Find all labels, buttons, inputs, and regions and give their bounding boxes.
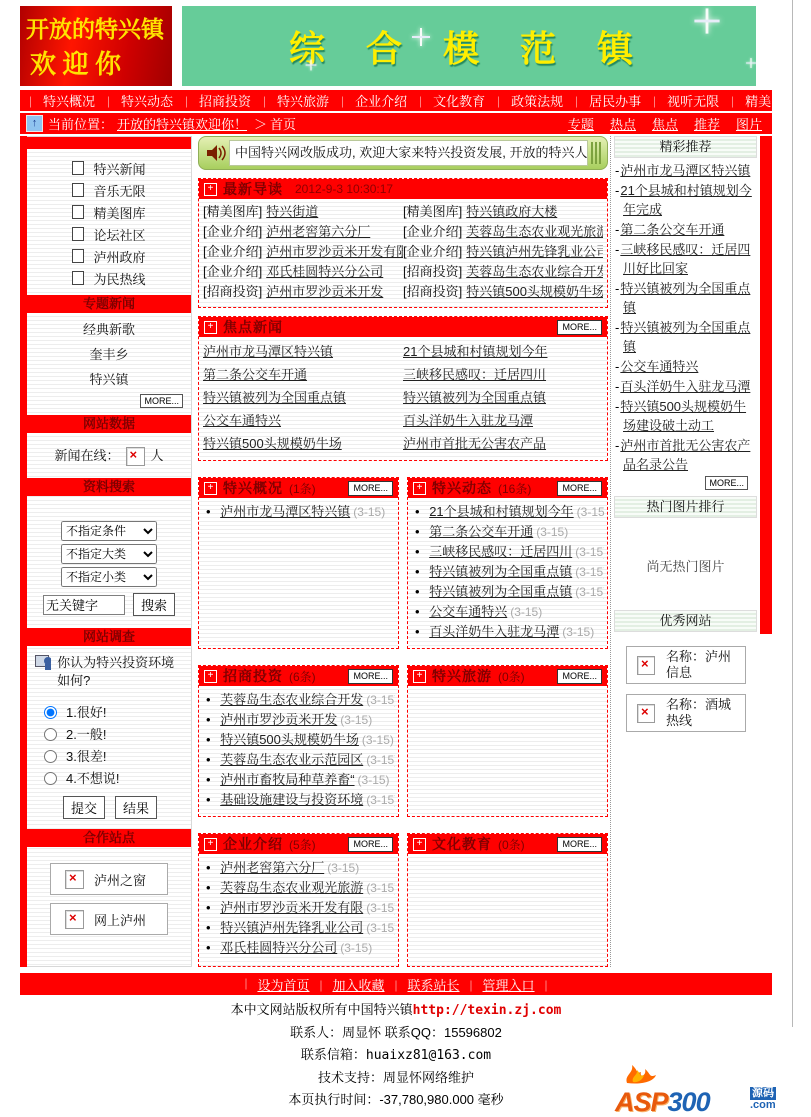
excellent-site-label: 名称：泸州信息	[666, 649, 741, 681]
quick-link[interactable]: 专题	[568, 114, 594, 133]
footer-link[interactable]: 联系站长	[408, 978, 460, 993]
menu-label: 泸州政府	[93, 247, 145, 266]
news-link[interactable]: 芙蓉岛生态农业综合开发	[466, 264, 603, 279]
section-header: 企业介绍 (5条) MORE...	[199, 834, 398, 854]
news-link[interactable]: 特兴镇被列为全国重点镇	[203, 390, 346, 405]
quick-link[interactable]: 推荐	[694, 114, 720, 133]
news-link[interactable]: 特兴镇被列为全国重点镇	[403, 390, 546, 405]
section-title: 文化教育	[432, 834, 492, 854]
hot-pics-header: 热门图片排行	[614, 496, 757, 518]
recommend-link[interactable]: 三峡移民感叹：迁居四川好比回家	[620, 242, 750, 276]
menu-label: 论坛社区	[93, 225, 145, 244]
poll-option-label: 2.一般!	[66, 724, 106, 743]
news-date: (3-15)	[362, 733, 394, 747]
breadcrumb-site-link[interactable]: 开放的特兴镇欢迎你！	[117, 114, 247, 133]
section-count: (5条)	[289, 836, 316, 853]
section-header: 最新导读 2012-9-3 10:30:17	[199, 179, 607, 199]
news-row: 公交车通特兴	[203, 409, 403, 432]
news-row: [精美图库]特兴镇政府大楼	[403, 202, 603, 222]
excellent-site-label: 名称：酒城热线	[666, 697, 741, 729]
partner-site-label: 网上泸州	[94, 910, 146, 929]
search-input[interactable]	[43, 595, 125, 615]
expand-icon[interactable]	[204, 670, 217, 683]
more-button[interactable]: MORE...	[140, 394, 183, 408]
focus-left-column: 泸州市龙马潭区特兴镇 第二条公交车开通 特兴镇被列为全国重点镇 公交车通特兴 特…	[203, 340, 403, 455]
breadcrumb: 当前位置： 开放的特兴镇欢迎你！ ＞ 首页 专题 热点 焦点 推荐 图片	[20, 113, 772, 134]
section-title: 招商投资	[223, 666, 283, 686]
poll-icon	[35, 654, 51, 671]
news-item: 泸州市畜牧局种草养畜“(3-15)	[202, 770, 395, 790]
sites-header: 优秀网站	[614, 610, 757, 632]
sidebar-menu-item[interactable]: 为民热线	[27, 267, 191, 289]
expand-icon[interactable]	[204, 183, 217, 196]
expand-icon[interactable]	[413, 670, 426, 683]
broken-image-icon	[65, 870, 84, 889]
recommend-link[interactable]: 21个县城和村镇规划今年完成	[620, 183, 751, 217]
news-link[interactable]: 芙蓉岛生态农业综合开发	[220, 692, 363, 707]
site-logo: 开放的特兴镇 欢 迎 你	[20, 6, 172, 86]
site-url-link[interactable]: http://texin.zj.com	[413, 1003, 562, 1018]
news-row: [企业介绍]泸州市罗沙贡米开发有限	[203, 242, 403, 262]
poll-body: 你认为特兴投资环境如何? 1.很好! 2.一般!	[27, 646, 191, 829]
news-date: (3-15)	[353, 505, 385, 519]
footer-link[interactable]: 加入收藏	[332, 978, 384, 993]
news-row: [精美图库]特兴街道	[203, 202, 403, 222]
nav-item[interactable]: 特兴概况	[25, 91, 101, 110]
nav-item[interactable]: 招商投资	[181, 91, 257, 110]
news-date: (3-15)	[358, 773, 390, 787]
poll-submit-button[interactable]: 提交	[63, 796, 105, 819]
sidebar-menu-item[interactable]: 泸州政府	[27, 245, 191, 267]
left-sidebar: 特兴新闻 音乐无限 精美图库	[20, 136, 192, 967]
section-timestamp: 2012-9-3 10:30:17	[295, 182, 393, 196]
news-item: 泸州老窖第六分厂(3-15)	[202, 858, 395, 878]
site-stats-body: 新闻在线：人	[27, 433, 191, 478]
section-title: 特兴动态	[432, 478, 492, 498]
recommend-link[interactable]: 特兴镇被列为全国重点镇	[620, 320, 750, 354]
search-header: 资料搜索	[27, 478, 191, 496]
logo-line1: 开放的特兴镇	[26, 11, 166, 44]
news-category: [企业介绍]	[203, 264, 262, 279]
category-section: 特兴动态 (16条) MORE... 21个县城和村镇规划今年(3-15)	[407, 477, 608, 649]
category-section: 特兴旅游 (0条) MORE...	[407, 665, 608, 817]
expand-icon[interactable]	[204, 838, 217, 851]
page-icon	[72, 161, 84, 175]
news-item: 泸州市罗沙贡米开发有限(3-15)	[202, 898, 395, 918]
news-row: 泸州市首批无公害农产品	[403, 432, 603, 455]
news-link[interactable]: 特兴镇泸州先锋乳业公司	[220, 920, 363, 935]
section-header: 焦点新闻 MORE...	[199, 317, 607, 337]
news-item: 特兴镇被列为全国重点镇(3-15)	[411, 562, 604, 582]
news-date: (3-15)	[366, 901, 395, 915]
breadcrumb-page: 首页	[270, 114, 296, 133]
more-button[interactable]: MORE...	[348, 669, 393, 684]
footer-nav: ｜ 设为首页｜ 加入收藏｜ 联系站长｜ 管理入口｜	[20, 973, 772, 995]
broken-image-icon	[126, 447, 145, 466]
news-link[interactable]: 百头洋奶牛入驻龙马潭	[403, 413, 533, 428]
topic-news-body: 经典新歌 奎丰乡 特兴镇 MORE...	[27, 313, 191, 415]
news-row: 特兴镇被列为全国重点镇	[403, 386, 603, 409]
recommend-item: 21个县城和村镇规划今年完成	[615, 181, 756, 219]
news-row: 21个县城和村镇规划今年	[403, 340, 603, 363]
news-link[interactable]: 21个县城和村镇规划今年	[403, 344, 547, 359]
news-link[interactable]: 泸州市龙马潭区特兴镇	[203, 344, 333, 359]
expand-icon[interactable]	[413, 482, 426, 495]
news-link[interactable]: 第二条公交车开通	[203, 367, 307, 382]
quick-link[interactable]: 热点	[610, 114, 636, 133]
news-link[interactable]: 特兴镇500头规模奶牛场	[203, 436, 342, 451]
copyright-line: 本中文网站版权所有中国特兴镇http://texin.zj.com	[20, 999, 772, 1022]
section-body: 泸州市龙马潭区特兴镇(3-15)	[199, 498, 398, 648]
page-icon	[72, 183, 84, 197]
news-row: [招商投资]特兴镇500头规模奶牛场	[403, 282, 603, 302]
news-date: (3-15)	[562, 625, 594, 639]
section-header: 特兴动态 (16条) MORE...	[408, 478, 607, 498]
section-header: 特兴旅游 (0条) MORE...	[408, 666, 607, 686]
expand-icon[interactable]	[413, 838, 426, 851]
sidebar-menu-item[interactable]: 精美图库	[27, 201, 191, 223]
section-body	[408, 686, 607, 816]
sidebar-menu-item[interactable]: 论坛社区	[27, 223, 191, 245]
focus-right-column: 21个县城和村镇规划今年 三峡移民感叹：迁居四川 特兴镇被列为全国重点镇 百头洋…	[403, 340, 603, 455]
page: 开放的特兴镇 欢 迎 你 综 合 模 范 镇 特兴概况 特兴动态 招商投资 特兴…	[20, 6, 772, 1027]
news-item: 泸州市龙马潭区特兴镇(3-15)	[202, 502, 395, 522]
news-item: 公交车通特兴(3-15)	[411, 602, 604, 622]
news-row: 百头洋奶牛入驻龙马潭	[403, 409, 603, 432]
footer-link[interactable]: 设为首页	[257, 978, 309, 993]
news-link[interactable]: 特兴镇500头规模奶牛场	[220, 732, 359, 747]
nav-item[interactable]: 特兴动态	[103, 91, 179, 110]
quick-link[interactable]: 图片	[736, 114, 762, 133]
latest-section: 最新导读 2012-9-3 10:30:17 [精美图库]特兴街道 [企业介绍]…	[198, 178, 608, 308]
recommend-item: 百头洋奶牛入驻龙马潭	[615, 377, 756, 396]
topic-link[interactable]: 奎丰乡	[27, 342, 191, 367]
sidebar-menu: 特兴新闻 音乐无限 精美图库	[27, 149, 191, 295]
news-category: [企业介绍]	[203, 244, 262, 259]
recommend-link[interactable]: 公交车通特兴	[620, 359, 698, 374]
news-link[interactable]: 邓氏桂圆特兴分公司	[266, 264, 383, 279]
more-button[interactable]: MORE...	[557, 669, 602, 684]
excellent-site-box[interactable]: 名称：泸州信息	[626, 646, 746, 684]
section-title: 企业介绍	[223, 834, 283, 854]
search-filter-select[interactable]: 不指定小类	[61, 567, 157, 587]
page-icon	[72, 227, 84, 241]
news-item: 邓氏桂圆特兴分公司(3-15)	[202, 938, 395, 958]
news-item: 第二条公交车开通(3-15)	[411, 522, 604, 542]
page-icon	[72, 205, 84, 219]
more-button[interactable]: MORE...	[348, 837, 393, 852]
section-body: 泸州老窖第六分厂(3-15) 芙蓉岛生态农业观光旅游(3-15) 泸州市罗沙贡米…	[199, 854, 398, 966]
more-button[interactable]: MORE...	[557, 481, 602, 496]
topic-link[interactable]: 特兴镇	[27, 367, 191, 392]
news-category: [企业介绍]	[203, 224, 262, 239]
footer-link[interactable]: 管理入口	[483, 978, 535, 993]
search-filter-select[interactable]: 不指定条件	[61, 521, 157, 541]
up-arrow-icon[interactable]	[26, 115, 43, 132]
news-link[interactable]: 邓氏桂圆特兴分公司	[220, 940, 337, 955]
contact-line: 联系人：周显怀 联系QQ：15596802	[20, 1022, 772, 1027]
news-item: 芙蓉岛生态农业综合开发(3-15)	[202, 690, 395, 710]
news-link[interactable]: 泸州老窖第六分厂	[220, 860, 324, 875]
topic-link[interactable]: 经典新歌	[27, 317, 191, 342]
poll-radio[interactable]	[44, 772, 57, 785]
speaker-icon	[203, 144, 229, 162]
section-header: 招商投资 (6条) MORE...	[199, 666, 398, 686]
section-body: 芙蓉岛生态农业综合开发(3-15) 泸州市罗沙贡米开发(3-15) 特兴镇500…	[199, 686, 398, 816]
online-label: 新闻在线：	[54, 448, 119, 463]
news-link[interactable]: 泸州市罗沙贡米开发	[266, 284, 383, 299]
news-link[interactable]: 芙蓉岛生态农业观光旅游	[220, 880, 363, 895]
news-row: [招商投资]芙蓉岛生态农业综合开发	[403, 262, 603, 282]
news-link[interactable]: 芙蓉岛生态农业示范园区	[220, 752, 363, 767]
news-category: [精美图库]	[203, 204, 262, 219]
news-link[interactable]: 泸州市龙马潭区特兴镇	[220, 504, 350, 519]
news-date: (3-15)	[577, 505, 604, 519]
topic-news-header: 专题新闻	[27, 295, 191, 313]
section-title: 特兴旅游	[432, 666, 492, 686]
recommend-link[interactable]: 泸州市首批无公害农产品名录公告	[620, 438, 750, 472]
poll-option[interactable]: 3.很差!	[39, 744, 185, 766]
news-item: 基础设施建设与投资环境(3-15)	[202, 790, 395, 810]
broken-image-icon	[637, 656, 655, 675]
partner-site-label: 泸州之窗	[94, 870, 146, 889]
recommend-item: 特兴镇被列为全国重点镇	[615, 318, 756, 356]
broken-image-icon	[65, 910, 84, 929]
body-row: 特兴新闻 音乐无限 精美图库	[20, 136, 772, 967]
news-date: (3-15)	[366, 693, 395, 707]
news-category: [招商投资]	[403, 284, 462, 299]
partner-site-box[interactable]: 网上泸州	[50, 903, 168, 935]
news-link[interactable]: 百头洋奶牛入驻龙马潭	[429, 624, 559, 639]
search-button[interactable]: 搜索	[133, 593, 175, 616]
recommend-item: 泸州市龙马潭区特兴镇	[615, 161, 756, 180]
news-date: (3-15)	[575, 545, 604, 559]
section-count: (6条)	[289, 668, 316, 685]
news-date: (3-15)	[366, 921, 395, 935]
more-button[interactable]: MORE...	[557, 320, 602, 335]
recommend-link[interactable]: 第二条公交车开通	[620, 222, 724, 237]
poll-radio[interactable]	[44, 728, 57, 741]
recommend-item: 第二条公交车开通	[615, 220, 756, 239]
recommend-item: 三峡移民感叹：迁居四川好比回家	[615, 240, 756, 278]
poll-option-label: 3.很差!	[66, 746, 106, 765]
broken-image-icon	[637, 704, 655, 723]
search-body: 不指定条件 不指定大类 不指定小类 搜索	[27, 496, 191, 628]
footer-text: 本中文网站版权所有中国特兴镇http://texin.zj.com 联系人：周显…	[20, 999, 772, 1027]
sites-body: 名称：泸州信息 名称：酒城热线	[614, 632, 757, 744]
news-category: [招商投资]	[203, 284, 262, 299]
news-link[interactable]: 泸州市畜牧局种草养畜“	[220, 772, 354, 787]
breadcrumb-prefix: 当前位置：	[48, 114, 113, 133]
news-date: (3-15)	[327, 861, 359, 875]
news-link[interactable]: 基础设施建设与投资环境	[220, 792, 363, 807]
sidebar-menu-item[interactable]: 音乐无限	[27, 179, 191, 201]
news-date: (3-15)	[340, 713, 372, 727]
focus-news-section: 焦点新闻 MORE... 泸州市龙马潭区特兴镇 第二条公交车开通 特兴镇被列为全…	[198, 316, 608, 461]
news-date: (3-15)	[366, 881, 395, 895]
section-title: 焦点新闻	[223, 317, 283, 337]
sidebar-menu-item[interactable]: 特兴新闻	[27, 157, 191, 179]
news-link[interactable]: 泸州老窖第六分厂	[266, 224, 370, 239]
poll-option-label: 1.很好!	[66, 702, 106, 721]
slogan-banner: 综 合 模 范 镇	[182, 6, 756, 86]
news-link[interactable]: 特兴镇被列为全国重点镇	[429, 584, 572, 599]
news-category: [企业介绍]	[403, 224, 462, 239]
news-item: 特兴镇被列为全国重点镇(3-15)	[411, 582, 604, 602]
main-column: 中国特兴网改版成功, 欢迎大家来特兴投资发展, 开放的特兴人民欢 最新导读 20…	[198, 136, 608, 967]
menu-label: 音乐无限	[93, 181, 145, 200]
menu-label: 精美图库	[93, 203, 145, 222]
news-link[interactable]: 公交车通特兴	[429, 604, 507, 619]
news-row: 三峡移民感叹：迁居四川	[403, 363, 603, 386]
recommend-body: 泸州市龙马潭区特兴镇 21个县城和村镇规划今年完成 第二条公交车开通 三峡移民感…	[614, 158, 757, 496]
news-category: [企业介绍]	[403, 244, 462, 259]
partners-body: 泸州之窗 网上泸州	[27, 847, 191, 949]
nav-item[interactable]: 特兴旅游	[259, 91, 335, 110]
recommend-item: 泸州市首批无公害农产品名录公告	[615, 436, 756, 474]
news-link[interactable]: 特兴镇被列为全国重点镇	[429, 564, 572, 579]
news-link[interactable]: 泸州市罗沙贡米开发有限	[220, 900, 363, 915]
news-link[interactable]: 三峡移民感叹：迁居四川	[429, 544, 572, 559]
section-header: 文化教育 (0条) MORE...	[408, 834, 607, 854]
news-link[interactable]: 特兴镇500头规模奶牛场	[466, 284, 603, 299]
more-button[interactable]: MORE...	[557, 837, 602, 852]
hot-pics-empty: 尚无热门图片	[614, 518, 757, 610]
nav-item[interactable]: 企业介绍	[337, 91, 413, 110]
copyright-prefix: 本中文网站版权所有中国特兴镇	[231, 1002, 413, 1017]
top-banner: 开放的特兴镇 欢 迎 你 综 合 模 范 镇	[20, 6, 772, 86]
breadcrumb-separator: ＞	[254, 114, 267, 133]
nav-item[interactable]: 居民办事	[571, 91, 647, 110]
recommend-link[interactable]: 泸州市龙马潭区特兴镇	[620, 163, 750, 178]
news-date: (3-15)	[340, 941, 372, 955]
recommend-link[interactable]: 特兴镇500头规模奶牛场建设破土动工	[620, 399, 746, 433]
section-title: 最新导读	[223, 179, 283, 199]
news-link[interactable]: 第二条公交车开通	[429, 524, 533, 539]
poll-option[interactable]: 4.不想说!	[39, 766, 185, 788]
menu-label: 特兴新闻	[93, 159, 145, 178]
news-row: 泸州市龙马潭区特兴镇	[203, 340, 403, 363]
category-section: 企业介绍 (5条) MORE... 泸州老窖第六分厂(3-15)	[198, 833, 399, 967]
news-item: 百头洋奶牛入驻龙马潭(3-15)	[411, 622, 604, 642]
recommend-item: 特兴镇500头规模奶牛场建设破土动工	[615, 397, 756, 435]
news-link[interactable]: 特兴镇政府大楼	[466, 204, 557, 219]
footer-separator: ｜	[240, 976, 251, 992]
sparkle-icon	[412, 28, 430, 46]
news-row: [企业介绍]芙蓉岛生态农业观光旅游	[403, 222, 603, 242]
section-count: (0条)	[498, 836, 525, 853]
news-item: 21个县城和村镇规划今年(3-15)	[411, 502, 604, 522]
news-row: 第二条公交车开通	[203, 363, 403, 386]
search-filter-select[interactable]: 不指定大类	[61, 544, 157, 564]
news-row: [企业介绍]特兴镇泸州先锋乳业公司	[403, 242, 603, 262]
category-section: 特兴概况 (1条) MORE... 泸州市龙马潭区特兴镇(3-15)	[198, 477, 399, 649]
sidebar-red-strip	[20, 136, 27, 967]
section-title: 特兴概况	[223, 478, 283, 498]
excellent-site-box[interactable]: 名称：酒城热线	[626, 694, 746, 732]
slogan-text: 综 合 模 范 镇	[289, 21, 649, 72]
poll-option[interactable]: 1.很好!	[39, 700, 185, 722]
section-body: 21个县城和村镇规划今年(3-15) 第二条公交车开通(3-15) 三峡移民感叹…	[408, 498, 607, 648]
nav-item[interactable]: 政策法规	[493, 91, 569, 110]
more-button[interactable]: MORE...	[348, 481, 393, 496]
marquee-grip-icon	[591, 142, 603, 164]
category-sections: 特兴概况 (1条) MORE... 泸州市龙马潭区特兴镇(3-15)	[198, 469, 608, 967]
poll-question: 你认为特兴投资环境如何?	[57, 654, 185, 690]
nav-item[interactable]: 站内新闻	[805, 91, 811, 110]
sidebar-top-bar	[27, 137, 191, 149]
menu-label: 为民热线	[93, 269, 145, 288]
news-row: 特兴镇500头规模奶牛场	[203, 432, 403, 455]
news-row: [企业介绍]泸州老窖第六分厂	[203, 222, 403, 242]
category-section: 招商投资 (6条) MORE... 芙蓉岛生态农业综合开发(3-15)	[198, 665, 399, 817]
right-red-strip	[760, 136, 772, 634]
news-date: (3-15)	[536, 525, 568, 539]
news-date: (3-15)	[366, 753, 395, 767]
online-suffix: 人	[151, 448, 164, 463]
news-link[interactable]: 公交车通特兴	[203, 413, 281, 428]
sparkle-icon	[746, 58, 756, 68]
news-date: (3-15)	[510, 605, 542, 619]
marquee-text: 中国特兴网改版成功, 欢迎大家来特兴投资发展, 开放的特兴人民欢	[229, 140, 588, 166]
poll-option-label: 4.不想说!	[66, 768, 119, 787]
section-header: 特兴概况 (1条) MORE...	[199, 478, 398, 498]
news-date: (3-15)	[366, 793, 395, 807]
quick-link[interactable]: 焦点	[652, 114, 678, 133]
recommend-link[interactable]: 特兴镇被列为全国重点镇	[620, 281, 750, 315]
news-item: 芙蓉岛生态农业观光旅游(3-15)	[202, 878, 395, 898]
news-link[interactable]: 芙蓉岛生态农业观光旅游	[466, 224, 603, 239]
news-link[interactable]: 21个县城和村镇规划今年	[429, 504, 573, 519]
news-date: (3-15)	[575, 585, 604, 599]
poll-option[interactable]: 2.一般!	[39, 722, 185, 744]
news-date: (3-15)	[575, 565, 604, 579]
page-edge-line	[792, 0, 793, 1027]
news-row: [企业介绍]邓氏桂圆特兴分公司	[203, 262, 403, 282]
news-link[interactable]: 特兴镇泸州先锋乳业公司	[466, 244, 603, 259]
latest-left-column: [精美图库]特兴街道 [企业介绍]泸州老窖第六分厂 [企业介绍]泸州市罗沙贡米开…	[203, 202, 403, 302]
partner-site-box[interactable]: 泸州之窗	[50, 863, 168, 895]
poll-header: 网站调查	[27, 628, 191, 646]
latest-right-column: [精美图库]特兴镇政府大楼 [企业介绍]芙蓉岛生态农业观光旅游 [企业介绍]特兴…	[403, 202, 603, 302]
news-item: 芙蓉岛生态农业示范园区(3-15)	[202, 750, 395, 770]
news-link[interactable]: 泸州市罗沙贡米开发有限	[266, 244, 403, 259]
news-category: [招商投资]	[403, 264, 462, 279]
poll-radio[interactable]	[44, 750, 57, 763]
news-link[interactable]: 泸州市罗沙贡米开发	[220, 712, 337, 727]
poll-result-button[interactable]: 结果	[115, 796, 157, 819]
page-icon	[72, 271, 84, 285]
recommend-header: 精彩推荐	[614, 136, 757, 158]
news-link[interactable]: 泸州市首批无公害农产品	[403, 436, 546, 451]
page-icon	[72, 249, 84, 263]
nav-item[interactable]: 视听无限	[649, 91, 725, 110]
recommend-item: 特兴镇被列为全国重点镇	[615, 279, 756, 317]
quick-links: 专题 热点 焦点 推荐 图片	[568, 114, 766, 133]
recommend-link[interactable]: 百头洋奶牛入驻龙马潭	[620, 379, 750, 394]
news-item: 泸州市罗沙贡米开发(3-15)	[202, 710, 395, 730]
poll-radio[interactable]	[44, 706, 57, 719]
news-item: 三峡移民感叹：迁居四川(3-15)	[411, 542, 604, 562]
nav-item[interactable]: 文化教育	[415, 91, 491, 110]
expand-icon[interactable]	[204, 482, 217, 495]
announcement-marquee: 中国特兴网改版成功, 欢迎大家来特兴投资发展, 开放的特兴人民欢	[198, 136, 608, 170]
news-link[interactable]: 特兴街道	[266, 204, 318, 219]
news-link[interactable]: 三峡移民感叹：迁居四川	[403, 367, 546, 382]
expand-icon[interactable]	[204, 321, 217, 334]
more-button[interactable]: MORE...	[705, 476, 748, 490]
sparkle-icon	[694, 8, 719, 33]
